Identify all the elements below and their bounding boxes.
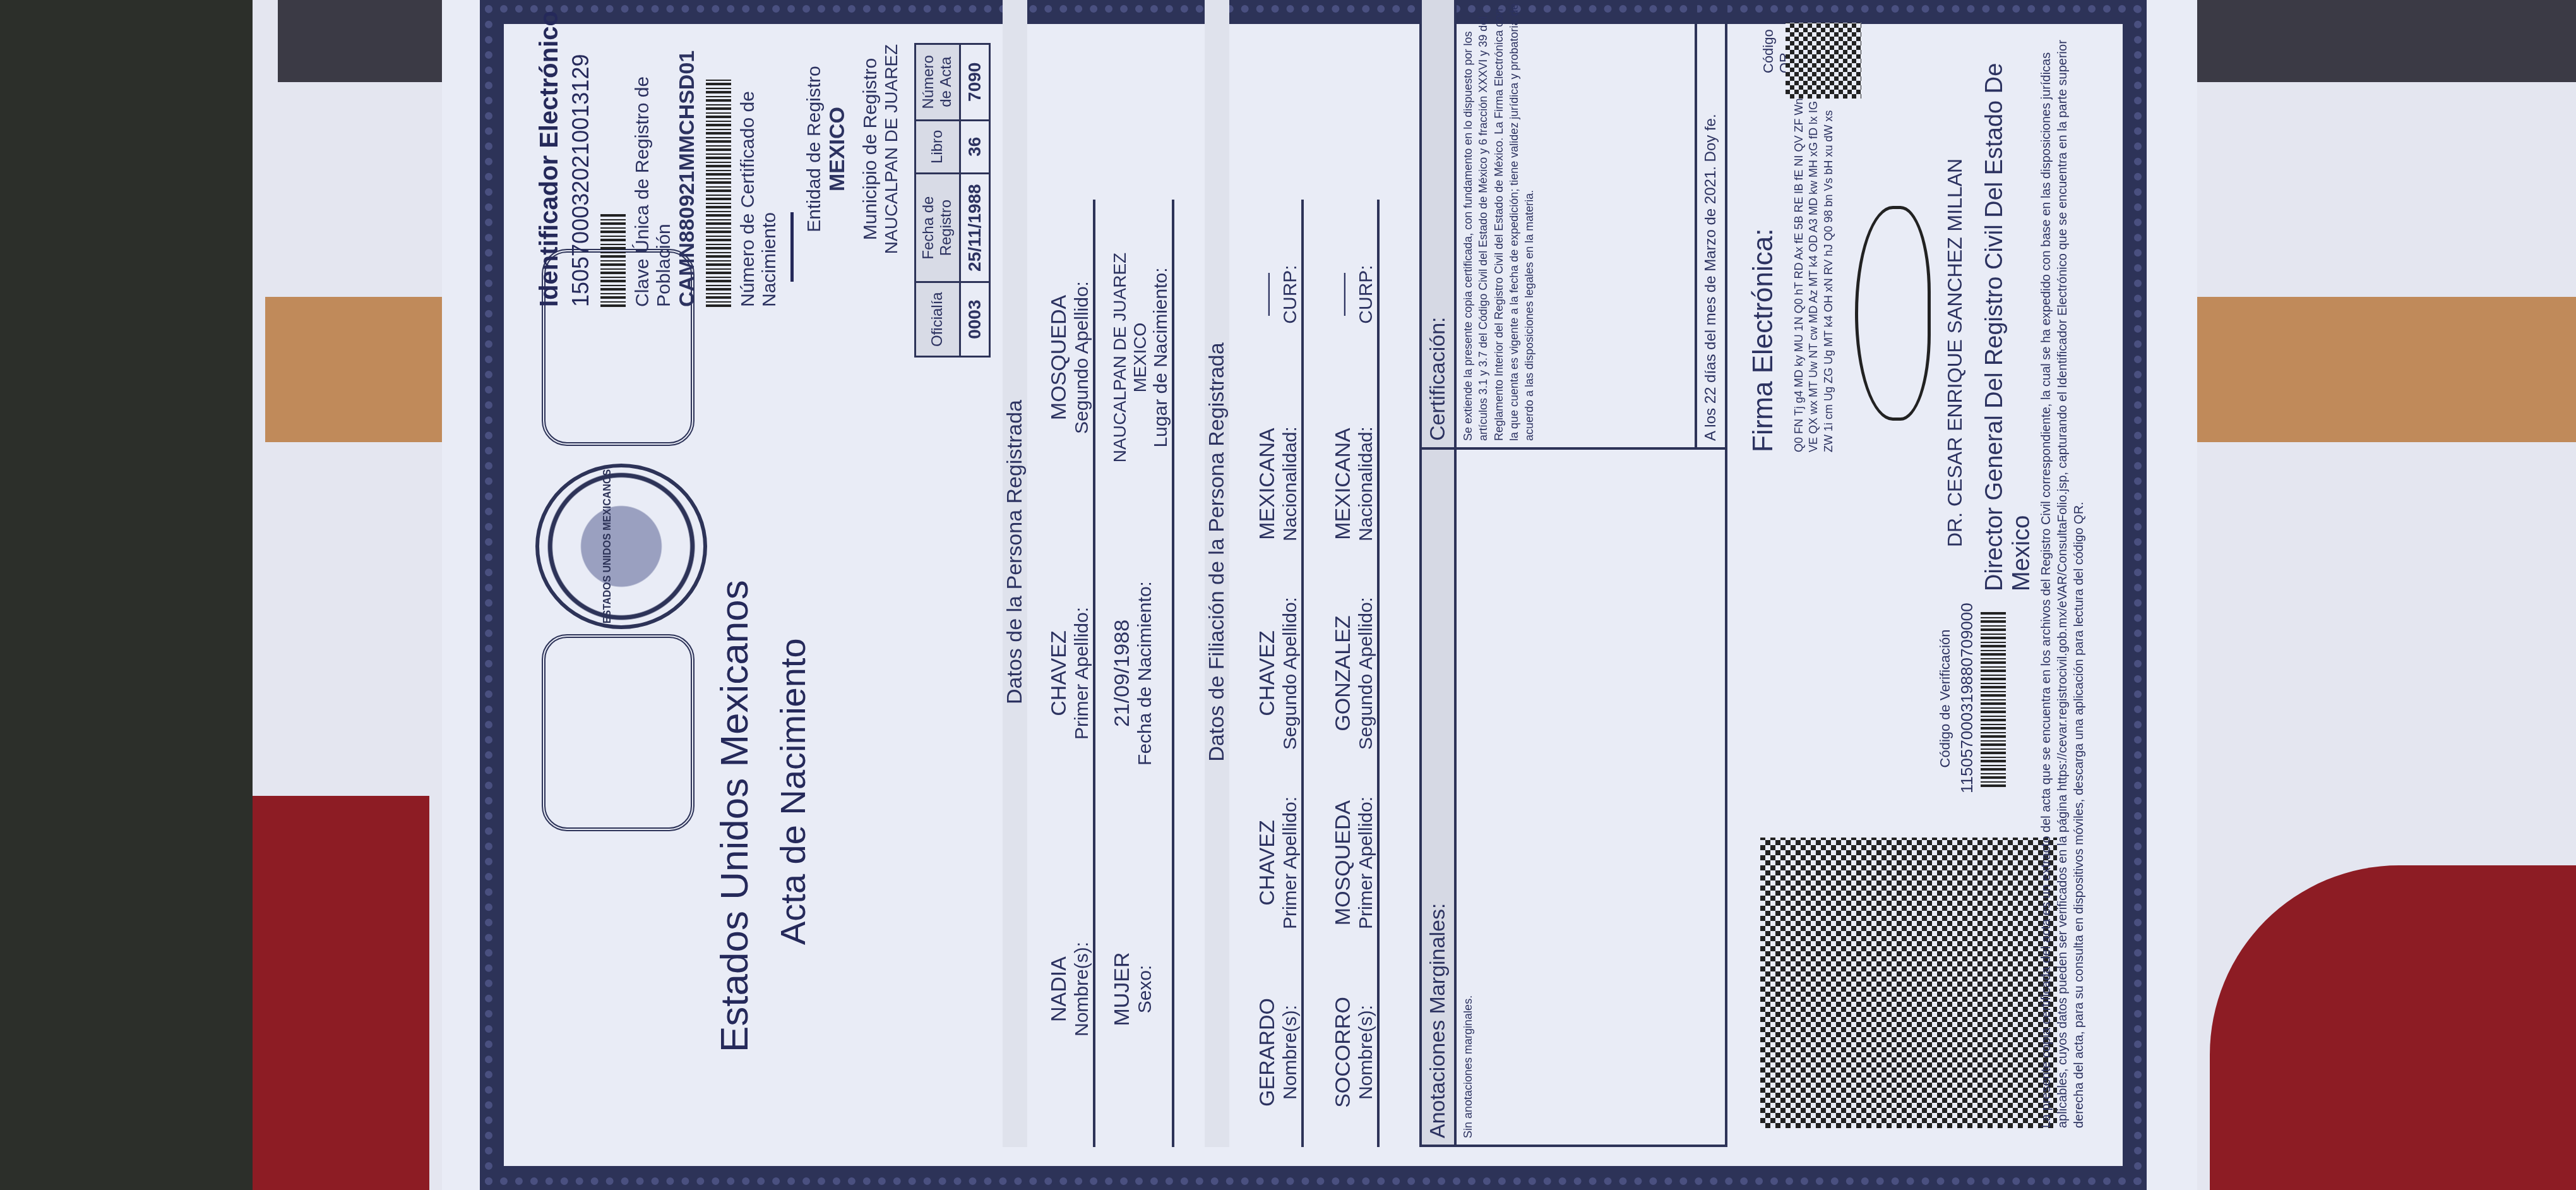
persona-name-row: NADIANombre(s): CHAVEZPrimer Apellido: M… xyxy=(1047,200,1095,1147)
curp-barcode xyxy=(706,80,731,307)
national-seal-icon: ESTADOS UNIDOS MEXICANOS xyxy=(535,464,707,629)
madre-curp-label: CURP: xyxy=(1356,200,1377,389)
persona-fecha-nacimiento: 21/09/1988 xyxy=(1110,515,1135,831)
signature xyxy=(1855,206,1931,421)
lugar-nacimiento-label: Lugar de Nacimiento: xyxy=(1150,200,1172,515)
madre-nacionalidad: MEXICANA xyxy=(1331,389,1356,579)
certificado-value-empty xyxy=(790,212,794,282)
padre-curp: —— xyxy=(1255,200,1280,389)
persona-section-header: Datos de la Persona Registrada xyxy=(1003,0,1027,1147)
sexo-label: Sexo: xyxy=(1135,831,1156,1147)
madre-primer-apellido: MOSQUEDA xyxy=(1331,768,1356,958)
libro-header: Libro xyxy=(915,120,960,173)
director-title: Director General Del Registro Civil Del … xyxy=(1981,43,2036,591)
primer-apellido-label: Primer Apellido: xyxy=(1071,515,1093,831)
fecha-registro-header: Fecha de Registro xyxy=(915,173,960,282)
identificador-value: 15057000320210013129 xyxy=(568,0,594,307)
madre-nombre: SOCORRO xyxy=(1331,958,1356,1147)
persona-nombre: NADIA xyxy=(1047,831,1071,1147)
madre-nacionalidad-label: Nacionalidad: xyxy=(1356,389,1377,579)
padre-row: GERARDONombre(s): CHAVEZPrimer Apellido:… xyxy=(1255,200,1304,1147)
oficialia-header: Oficialía xyxy=(915,282,960,357)
id-block: Identificador Electrónico 15057000320210… xyxy=(535,0,902,307)
director-name: DR. CESAR ENRIQUE SANCHEZ MILLAN xyxy=(1943,159,1967,547)
padre-segundo-apellido-label: Segundo Apellido: xyxy=(1280,579,1301,768)
numero-acta-header: Número de Acta xyxy=(915,44,960,121)
entidad-label: Entidad de Registro xyxy=(804,0,825,307)
padre-curp-label: CURP: xyxy=(1280,200,1301,389)
persona-lugar-estado: MEXICO xyxy=(1130,200,1150,515)
identificador-barcode xyxy=(600,212,626,307)
document-type: Acta de Nacimiento xyxy=(772,638,813,945)
fecha-nacimiento-label: Fecha de Nacimiento: xyxy=(1135,515,1156,831)
madre-curp: —— xyxy=(1331,200,1356,389)
country-title: Estados Unidos Mexicanos xyxy=(712,580,757,1052)
padre-nombre-label: Nombre(s): xyxy=(1280,958,1301,1147)
verificacion-barcode xyxy=(1981,610,2006,787)
fecha-registro-value: 25/11/1988 xyxy=(960,173,990,282)
entidad-value: MEXICO xyxy=(825,0,850,307)
verificacion-value: 115057000319880709000 xyxy=(1957,604,1977,793)
padre-primer-apellido: CHAVEZ xyxy=(1255,768,1280,958)
curp-label: Clave Única de Registro de Población xyxy=(632,0,675,307)
padre-nacionalidad: MEXICANA xyxy=(1255,389,1280,579)
madre-primer-apellido-label: Primer Apellido: xyxy=(1356,768,1377,958)
persona-segundo-apellido: MOSQUEDA xyxy=(1047,200,1071,515)
persona-sexo: MUJER xyxy=(1110,831,1135,1147)
padre-primer-apellido-label: Primer Apellido: xyxy=(1280,768,1301,958)
persona-birth-row: MUJERSexo: 21/09/1988Fecha de Nacimiento… xyxy=(1110,200,1174,1147)
madre-nombre-label: Nombre(s): xyxy=(1356,958,1377,1147)
madre-segundo-apellido: GONZALEZ xyxy=(1331,579,1356,768)
persona-lugar-nacimiento: NAUCALPAN DE JUAREZ xyxy=(1110,200,1130,515)
footer-legal-text: La presente copia certificada del acta e… xyxy=(2038,0,2087,1128)
certificado-label: Número de Certificado de Nacimiento xyxy=(737,0,780,307)
nombre-label: Nombre(s): xyxy=(1071,831,1093,1147)
municipio-label: Municipio de Registro xyxy=(860,0,881,307)
ornament-left xyxy=(542,634,695,831)
registro-table: Oficialía Fecha de Registro Libro Número… xyxy=(914,43,991,358)
filiacion-section-header: Datos de Filiación de la Persona Registr… xyxy=(1205,0,1229,1147)
identificador-label: Identificador Electrónico xyxy=(535,0,564,307)
banner-red-shape xyxy=(253,796,429,1190)
qr-code-small xyxy=(1786,23,1861,99)
madre-row: SOCORRONombre(s): MOSQUEDAPrimer Apellid… xyxy=(1331,200,1380,1147)
anotaciones-certificacion-box: Anotaciones Marginales: Sin anotaciones … xyxy=(1419,0,1727,1147)
libro-value: 36 xyxy=(960,120,990,173)
padre-segundo-apellido: CHAVEZ xyxy=(1255,579,1280,768)
oficialia-value: 0003 xyxy=(960,282,990,357)
curp-value: CAMN880921MMCHSD01 xyxy=(675,0,700,307)
birth-certificate: ESTADOS UNIDOS MEXICANOS Estados Unidos … xyxy=(480,0,2147,1190)
municipio-value: NAUCALPAN DE JUAREZ xyxy=(881,0,902,307)
persona-primer-apellido: CHAVEZ xyxy=(1047,515,1071,831)
padre-nacionalidad-label: Nacionalidad: xyxy=(1280,389,1301,579)
verificacion-label: Código de Verificación xyxy=(1937,604,1953,793)
madre-segundo-apellido-label: Segundo Apellido: xyxy=(1356,579,1377,768)
anotaciones-value: Sin anotaciones marginales. xyxy=(1457,450,1479,1145)
background-ground xyxy=(0,0,265,1190)
verificacion-block: Código de Verificación 11505700031988070… xyxy=(1937,604,2010,793)
certificacion-date: A los 22 días del mes de Marzo de 2021. … xyxy=(1695,0,1725,447)
certificacion-text: Se extiende la presente copia certificad… xyxy=(1457,0,1541,447)
numero-acta-value: 7090 xyxy=(960,44,990,121)
anotaciones-header: Anotaciones Marginales: xyxy=(1422,450,1457,1145)
certificacion-header: Certificación: xyxy=(1422,0,1457,447)
segundo-apellido-label: Segundo Apellido: xyxy=(1071,200,1093,515)
firma-label: Firma Electrónica: xyxy=(1748,228,1779,452)
qr-code-large xyxy=(1760,838,2057,1128)
padre-nombre: GERARDO xyxy=(1255,958,1280,1147)
